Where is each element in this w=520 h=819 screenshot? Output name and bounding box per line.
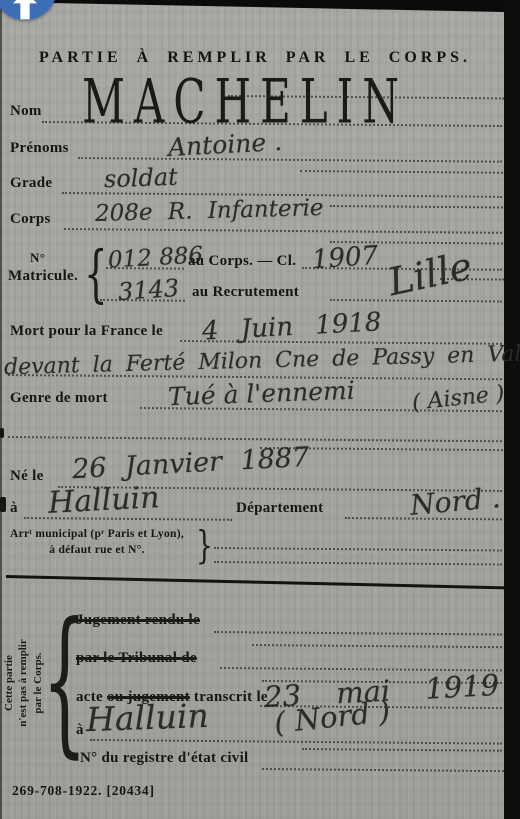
departement-label: Département <box>236 500 323 517</box>
printer-imprint: 269-708-1922. [20434] <box>12 783 155 799</box>
matricule-corps-text: au Corps. — Cl. <box>188 253 296 270</box>
naissance-date-handwritten: 26 Janvier 1887 <box>71 442 310 485</box>
card-header-title: PARTIE À REMPLIR PAR LE CORPS. <box>0 49 510 67</box>
corps-label: Corps <box>10 211 51 228</box>
dotted-line <box>214 547 502 552</box>
matricule-label-bottom: Matricule. <box>8 268 78 285</box>
dotted-line <box>252 644 502 648</box>
corps-value-handwritten: 208e R. Infanterie <box>95 195 324 227</box>
dotted-line <box>78 157 502 163</box>
naissance-departement-handwritten: Nord . <box>409 481 502 522</box>
prenoms-label: Prénoms <box>10 140 69 157</box>
mort-lieu-handwritten: devant la Ferté Milon Cne de Passy en Va… <box>4 341 520 380</box>
a-label: à <box>10 500 18 517</box>
matricule-recrutement-text: au Recrutement <box>192 284 299 301</box>
scan-smudge <box>0 428 4 438</box>
matricule-classe-handwritten: 1907 <box>311 241 379 276</box>
nom-label: Nom <box>10 103 42 120</box>
ne-le-label: Né le <box>10 468 44 485</box>
matricule-recrutement-place-handwritten: Lille <box>384 244 475 305</box>
mort-label: Mort pour la France le <box>10 323 163 340</box>
dotted-line <box>8 436 502 442</box>
scan-top-border <box>0 0 520 14</box>
arrondissement-brace: } <box>196 526 213 564</box>
transcription-commune-handwritten: Halluin <box>85 696 209 739</box>
jugement-label: Jugement rendu le <box>76 612 200 629</box>
grade-label: Grade <box>10 175 52 192</box>
dotted-line <box>302 748 502 752</box>
sidebar-note-line1: Cette partie <box>2 608 16 758</box>
scroll-top-button[interactable] <box>0 0 57 20</box>
dotted-line <box>262 768 504 772</box>
arrondissement-label-line1: Arrᵗ municipal (pʳ Paris et Lyon), <box>10 527 184 543</box>
dotted-line <box>330 205 503 209</box>
scan-right-border <box>504 0 520 819</box>
arrondissement-label-line2: à défaut rue et N°. <box>10 543 184 559</box>
matricule-recrutement-number-handwritten: 3143 <box>117 274 180 306</box>
section-divider-rule <box>6 575 506 589</box>
scanned-death-record-card: PARTIE À REMPLIR PAR LE CORPS. Nom MACHE… <box>0 0 520 819</box>
scan-smudge <box>0 497 6 512</box>
dotted-line <box>300 170 503 174</box>
genre-mort-label: Genre de mort <box>10 390 108 407</box>
genre-mort-value-handwritten: Tué à l'ennemi <box>168 376 356 411</box>
dotted-line <box>90 739 502 745</box>
registre-label: N° du registre d'état civil <box>80 750 249 767</box>
dotted-line <box>214 561 502 566</box>
matricule-brace: { <box>84 243 108 305</box>
naissance-commune-handwritten: Halluin <box>47 480 160 521</box>
prenoms-value-handwritten: Antoine . <box>167 127 282 162</box>
arrondissement-label: Arrᵗ municipal (pʳ Paris et Lyon), à déf… <box>10 527 184 558</box>
matricule-label-top: N° <box>30 250 45 266</box>
dotted-line <box>330 299 502 303</box>
dotted-line <box>214 631 502 636</box>
tribunal-label: par le Tribunal de <box>76 650 197 667</box>
transcription-a-label: à <box>76 722 84 739</box>
sidebar-note-line2: n'est pas à remplir <box>16 608 30 758</box>
dotted-line <box>64 228 502 234</box>
nom-value-handwritten: MACHELIN <box>82 66 408 137</box>
grade-value-handwritten: soldat <box>104 163 179 194</box>
